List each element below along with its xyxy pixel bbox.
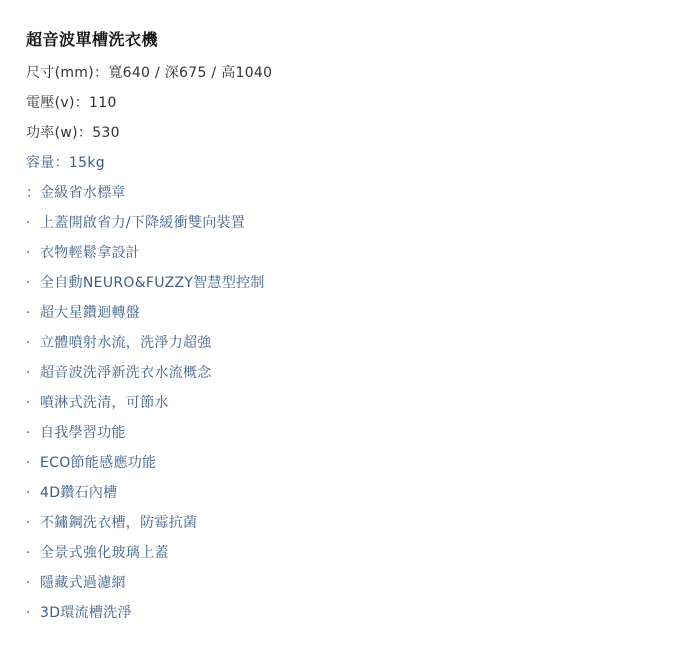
feature-text: ECO節能感應功能 [40,455,156,471]
spec-voltage: 電壓(v)：110 [26,88,272,118]
bullet-dot-icon: · [26,418,40,448]
spec-value: 110 [89,95,117,111]
spec-label: 尺寸(mm) [26,65,94,81]
feature-text: 4D鑽石內槽 [40,485,118,501]
feature-item: ·不鏽鋼洗衣槽，防霉抗菌 [26,508,272,538]
bullet-dot-icon: · [26,598,40,628]
spec-label: 電壓(v) [26,95,75,111]
feature-item: ·3D環流槽洗淨 [26,598,272,628]
feature-text: 3D環流槽洗淨 [40,605,132,621]
feature-item: ·全景式強化玻璃上蓋 [26,538,272,568]
bullet-dot-icon: · [26,448,40,478]
bullet-dot-icon: · [26,358,40,388]
feature-text: 上蓋開啟省力/下降緩衝雙向裝置 [40,215,245,231]
feature-text: 噴淋式洗清，可節水 [40,395,169,411]
feature-text: 超大星鑽迴轉盤 [40,305,140,321]
feature-item: ·自我學習功能 [26,418,272,448]
bullet-dot-icon: · [26,298,40,328]
bullet-dot-icon: · [26,208,40,238]
feature-item: ·4D鑽石內槽 [26,478,272,508]
bullet-dot-icon: · [26,268,40,298]
spec-value: 寬640 / 深675 / 高1040 [108,65,272,81]
feature-item: ·全自動NEURO&FUZZY智慧型控制 [26,268,272,298]
feature-text: 全自動NEURO&FUZZY智慧型控制 [40,275,265,291]
feature-item-water-label: ：金級省水標章 [26,178,272,208]
spec-label: 功率(w) [26,125,78,141]
spec-separator: ： [78,125,92,141]
bullet-dot-icon: · [26,238,40,268]
spec-power: 功率(w)：530 [26,118,272,148]
feature-text: 超音波洗淨新洗衣水流概念 [40,365,212,381]
feature-text: 全景式強化玻璃上蓋 [40,545,169,561]
feature-item: ·立體噴射水流，洗淨力超強 [26,328,272,358]
feature-text: 立體噴射水流，洗淨力超強 [40,335,212,351]
spec-capacity: 容量：15kg [26,148,272,178]
feature-text: 金級省水標章 [40,185,126,201]
bullet-dot-icon: · [26,328,40,358]
spec-value: 15kg [69,155,105,171]
spec-dimensions: 尺寸(mm)：寬640 / 深675 / 高1040 [26,58,272,88]
feature-text: 衣物輕鬆拿設計 [40,245,140,261]
spec-separator: ： [75,95,89,111]
feature-item: ·衣物輕鬆拿設計 [26,238,272,268]
feature-item: ·超大星鑽迴轉盤 [26,298,272,328]
feature-text: 不鏽鋼洗衣槽，防霉抗菌 [40,515,197,531]
feature-prefix: ： [26,178,40,208]
feature-item: ·噴淋式洗清，可節水 [26,388,272,418]
feature-item: ·隱藏式過濾網 [26,568,272,598]
spec-label: 容量 [26,155,55,171]
feature-item: ·上蓋開啟省力/下降緩衝雙向裝置 [26,208,272,238]
bullet-dot-icon: · [26,478,40,508]
bullet-dot-icon: · [26,568,40,598]
feature-text: 隱藏式過濾網 [40,575,126,591]
bullet-dot-icon: · [26,538,40,568]
feature-item: ·ECO節能感應功能 [26,448,272,478]
bullet-dot-icon: · [26,508,40,538]
spec-separator: ： [94,65,108,81]
product-title: 超音波單槽洗衣機 [26,28,272,58]
spec-separator: ： [55,155,69,171]
bullet-dot-icon: · [26,388,40,418]
feature-item: ·超音波洗淨新洗衣水流概念 [26,358,272,388]
feature-list: ·上蓋開啟省力/下降緩衝雙向裝置 ·衣物輕鬆拿設計 ·全自動NEURO&FUZZ… [26,208,272,628]
spec-value: 530 [92,125,120,141]
feature-text: 自我學習功能 [40,425,126,441]
product-spec-block: 超音波單槽洗衣機 尺寸(mm)：寬640 / 深675 / 高1040 電壓(v… [26,28,272,628]
